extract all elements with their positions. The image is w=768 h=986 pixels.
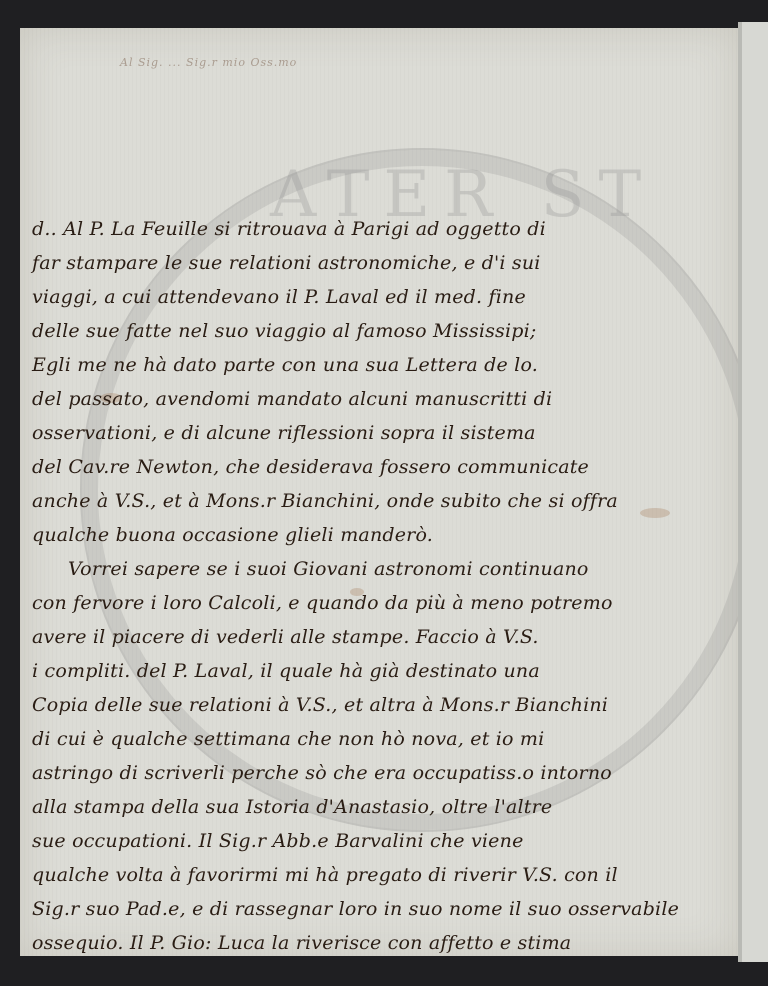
text-line: Vorrei sapere se i suoi Giovani astronom… <box>32 552 732 586</box>
text-line: osservationi, e di alcune riflessioni so… <box>32 416 732 450</box>
text-line: Copia delle sue relationi à V.S., et alt… <box>32 688 732 722</box>
text-line: di cui è qualche settimana che non hò no… <box>32 722 732 756</box>
text-line: del passato, avendomi mandato alcuni man… <box>32 382 732 416</box>
adjacent-page-edge <box>742 22 768 962</box>
text-line: alla stampa della sua Istoria d'Anastasi… <box>32 790 732 824</box>
text-line: Sig.r suo Pad.e, e di rassegnar loro in … <box>32 892 732 926</box>
text-line: delle sue fatte nel suo viaggio al famos… <box>32 314 732 348</box>
text-line: ossequio. Il P. Gio: Luca la riverisce c… <box>32 926 732 960</box>
text-line: avere il piacere di vederli alle stampe.… <box>32 620 732 654</box>
text-line: i compliti. del P. Laval, il quale hà gi… <box>32 654 732 688</box>
letter-body: d.. Al P. La Feuille si ritrouava à Pari… <box>32 212 732 960</box>
text-line: sue occupationi. Il Sig.r Abb.e Barvalin… <box>32 824 732 858</box>
text-line: qualche volta à favorirmi mi hà pregato … <box>32 858 732 892</box>
text-line: anche à V.S., et à Mons.r Bianchini, ond… <box>32 484 732 518</box>
text-line: astringo di scriverli perche sò che era … <box>32 756 732 790</box>
text-line: con fervore i loro Calcoli, e quando da … <box>32 586 732 620</box>
text-line: far stampare le sue relationi astronomic… <box>32 246 732 280</box>
text-line: viaggi, a cui attendevano il P. Laval ed… <box>32 280 732 314</box>
header-annotation: Al Sig. ... Sig.r mio Oss.mo <box>120 56 297 69</box>
text-line: d.. Al P. La Feuille si ritrouava à Pari… <box>32 212 732 246</box>
text-line: del Cav.re Newton, che desiderava fosser… <box>32 450 732 484</box>
text-line: Egli me ne hà dato parte con una sua Let… <box>32 348 732 382</box>
text-line: qualche buona occasione glieli manderò. <box>32 518 732 552</box>
